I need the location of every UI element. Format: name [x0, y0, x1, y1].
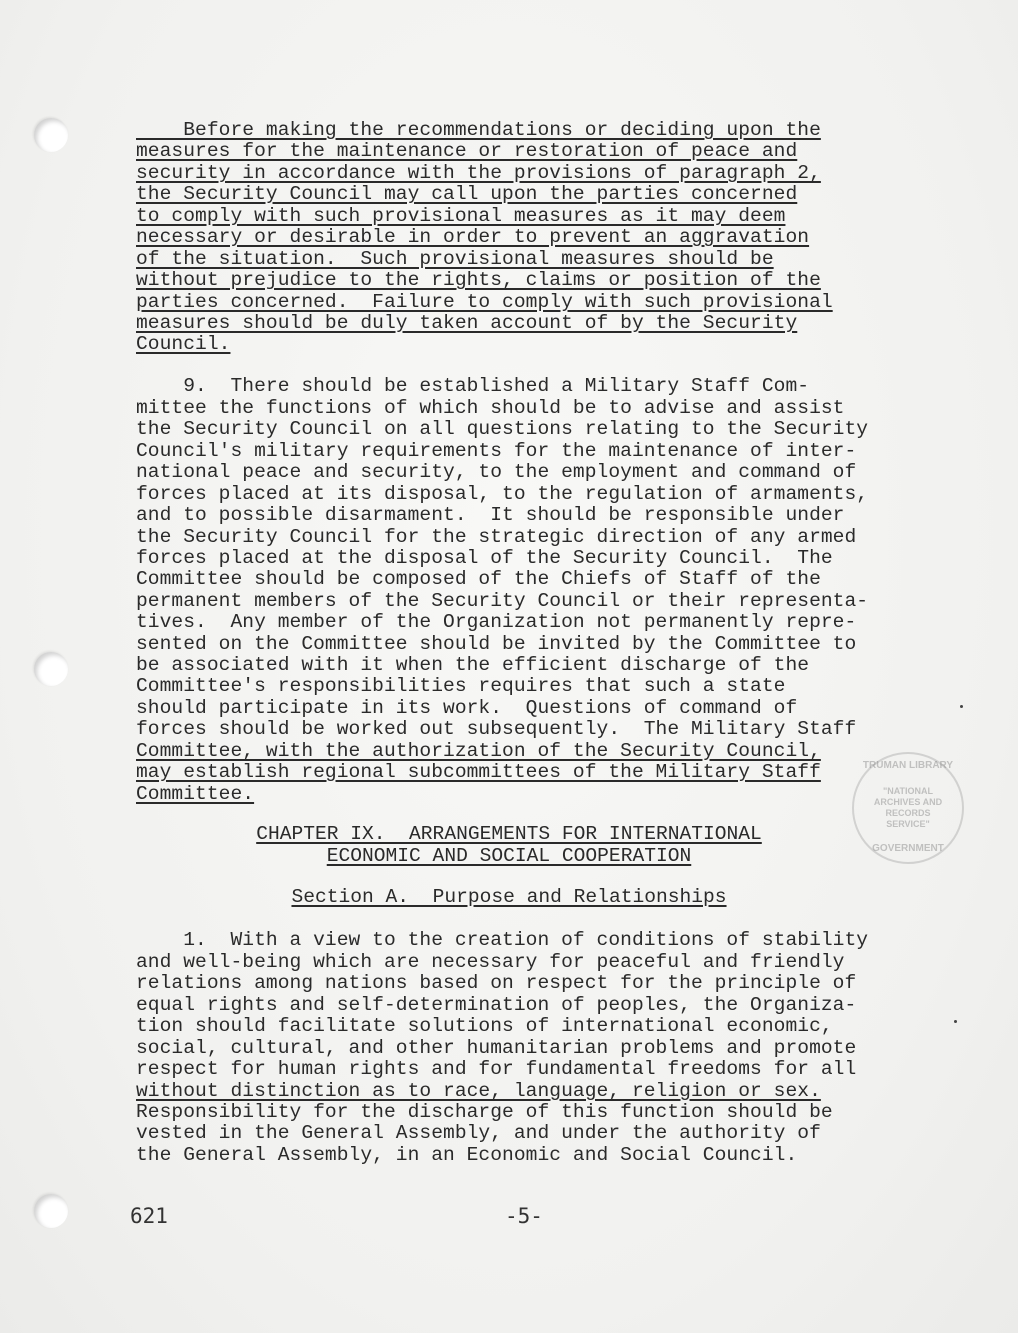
- stamp-text: RECORDS: [885, 808, 930, 819]
- text-line: Council.: [136, 334, 230, 355]
- text-line: parties concerned. Failure to comply wit…: [136, 292, 833, 313]
- text-line: without distinction as to race, language…: [136, 1081, 821, 1102]
- text-line: Before making the recommendations or dec…: [136, 120, 821, 141]
- text-line: social, cultural, and other humanitarian…: [136, 1038, 856, 1059]
- text-line: Committee.: [136, 784, 254, 805]
- text-line: forces placed at its disposal, to the re…: [136, 484, 868, 505]
- text-line: vested in the General Assembly, and unde…: [136, 1123, 821, 1144]
- punch-hole: [34, 118, 68, 152]
- text-line: of the situation. Such provisional measu…: [136, 249, 774, 270]
- punch-hole: [34, 1194, 68, 1228]
- archive-stamp: TRUMAN LIBRARY "NATIONAL ARCHIVES AND RE…: [852, 752, 964, 864]
- text-line: Committee should be composed of the Chie…: [136, 569, 821, 590]
- text-line: mittee the functions of which should be …: [136, 398, 845, 419]
- text-line: be associated with it when the efficient…: [136, 655, 809, 676]
- text-line: measures for the maintenance or restorat…: [136, 141, 797, 162]
- text-line: the Security Council may call upon the p…: [136, 184, 797, 205]
- section-heading: Section A. Purpose and Relationships: [0, 886, 1018, 908]
- text-line: respect for human rights and for fundame…: [136, 1059, 856, 1080]
- text-line: equal rights and self-determination of p…: [136, 995, 856, 1016]
- text-line: forces should be worked out subsequently…: [136, 719, 856, 740]
- text-line: 9. There should be established a Militar…: [136, 376, 809, 397]
- stamp-text: ARCHIVES AND: [874, 797, 942, 808]
- punch-hole: [34, 652, 68, 686]
- stamp-text: SERVICE": [886, 819, 930, 830]
- text-line: security in accordance with the provisio…: [136, 163, 821, 184]
- text-line: the Security Council for the strategic d…: [136, 527, 856, 548]
- text-line: necessary or desirable in order to preve…: [136, 227, 809, 248]
- text-line: and to possible disarmament. It should b…: [136, 505, 845, 526]
- text-line: relations among nations based on respect…: [136, 973, 856, 994]
- text-line: national peace and security, to the empl…: [136, 462, 856, 483]
- stamp-ring-bottom: GOVERNMENT: [854, 843, 962, 854]
- document-number: 621: [130, 1204, 168, 1228]
- text-line: the Security Council on all questions re…: [136, 419, 868, 440]
- text-line: without prejudice to the rights, claims …: [136, 270, 821, 291]
- text-line: permanent members of the Security Counci…: [136, 591, 868, 612]
- text-line: Responsibility for the discharge of this…: [136, 1102, 833, 1123]
- text-line: 1. With a view to the creation of condit…: [136, 930, 868, 951]
- paper-speck: [960, 705, 963, 708]
- text-line: should participate in its work. Question…: [136, 698, 797, 719]
- text-line: Committee's responsibilities requires th…: [136, 676, 785, 697]
- page-number: -5-: [505, 1204, 543, 1228]
- text-line: Committee, with the authorization of the…: [136, 741, 821, 762]
- text-line: tives. Any member of the Organization no…: [136, 612, 856, 633]
- stamp-ring-top: TRUMAN LIBRARY: [854, 760, 962, 771]
- document-page: Before making the recommendations or dec…: [0, 0, 1018, 1333]
- text-line: tion should facilitate solutions of inte…: [136, 1016, 833, 1037]
- text-line: may establish regional subcommittees of …: [136, 762, 821, 783]
- paper-speck: [954, 1020, 957, 1023]
- text-line: sented on the Committee should be invite…: [136, 634, 856, 655]
- text-line: and well-being which are necessary for p…: [136, 952, 845, 973]
- text-line: Council's military requirements for the …: [136, 441, 856, 462]
- text-line: to comply with such provisional measures…: [136, 206, 785, 227]
- text-line: the General Assembly, in an Economic and…: [136, 1145, 797, 1166]
- text-line: forces placed at the disposal of the Sec…: [136, 548, 833, 569]
- stamp-text: "NATIONAL: [883, 786, 933, 797]
- text-line: measures should be duly taken account of…: [136, 313, 797, 334]
